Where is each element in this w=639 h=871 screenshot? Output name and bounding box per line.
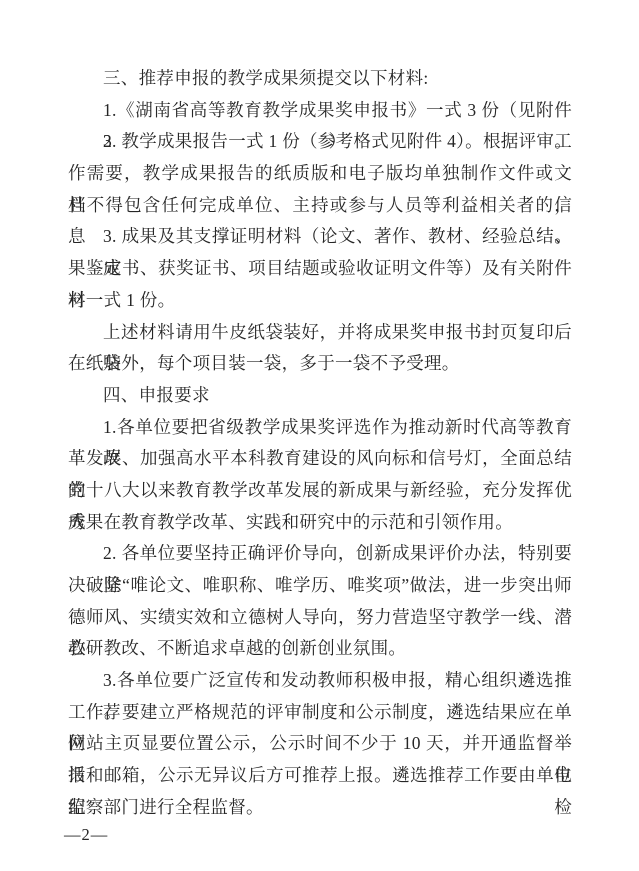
text-line: 且不得包含任何完成单位、主持或参与人员等利益相关者的信息。 xyxy=(68,190,572,222)
text-line: 三、推荐申报的教学成果须提交以下材料: xyxy=(68,63,572,95)
text-line: 料一式 1 份。 xyxy=(68,285,572,317)
text-line: 四、申报要求 xyxy=(68,380,572,412)
text-line: 上述材料请用牛皮纸袋装好，并将成果奖申报书封页复印后贴 xyxy=(68,317,572,349)
text-line: 3. 成果及其支撑证明材料（论文、著作、教材、经验总结、成 xyxy=(68,221,572,253)
text-line: 教研教改、不断追求卓越的创新创业氛围。 xyxy=(68,633,572,665)
text-line: 2. 各单位要坚持正确评价导向，创新成果评价办法，特别要坚 xyxy=(68,538,572,570)
text-line: 工作。要建立严格规范的评审制度和公示制度，遴选结果应在单位 xyxy=(68,697,572,729)
text-line: 成果在教育教学改革、实践和研究中的示范和引领作用。 xyxy=(68,507,572,539)
text-line: 话和邮箱，公示无异议后方可推荐上报。遴选推荐工作要由单位纪检 xyxy=(68,760,572,792)
text-line: 在纸袋外，每个项目装一袋，多于一袋不予受理。 xyxy=(68,348,572,380)
document-page: 三、推荐申报的教学成果须提交以下材料:1.《湖南省高等教育教学成果奖申报书》一式… xyxy=(0,0,639,871)
text-line: 德师风、实绩实效和立德树人导向，努力营造坚守教学一线、潜心 xyxy=(68,602,572,634)
text-line: 网站主页显要位置公示，公示时间不少于 10 天，并开通监督举报电 xyxy=(68,728,572,760)
text-line: 决破除“唯论文、唯职称、唯学历、唯奖项”做法，进一步突出师 xyxy=(68,570,572,602)
text-line: 1.各单位要把省级教学成果奖评选作为推动新时代高等教育改 xyxy=(68,412,572,444)
text-line: 2. 教学成果报告一式 1 份（参考格式见附件 4）。根据评审工 xyxy=(68,126,572,158)
text-line: 作需要，教学成果报告的纸质版和电子版均单独制作文件或文档， xyxy=(68,158,572,190)
text-line: 的十八大以来教育教学改革发展的新成果与新经验，充分发挥优秀 xyxy=(68,475,572,507)
document-body: 三、推荐申报的教学成果须提交以下材料:1.《湖南省高等教育教学成果奖申报书》一式… xyxy=(68,63,572,824)
text-line: 果鉴定书、获奖证书、项目结题或验收证明文件等）及有关附件材 xyxy=(68,253,572,285)
text-line: 1.《湖南省高等教育教学成果奖申报书》一式 3 份（见附件 3）。 xyxy=(68,95,572,127)
text-line: 3.各单位要广泛宣传和发动教师积极申报，精心组织遴选推荐 xyxy=(68,665,572,697)
text-line: 革发展、加强高水平本科教育建设的风向标和信号灯，全面总结党 xyxy=(68,443,572,475)
page-number: —2— xyxy=(64,825,108,845)
